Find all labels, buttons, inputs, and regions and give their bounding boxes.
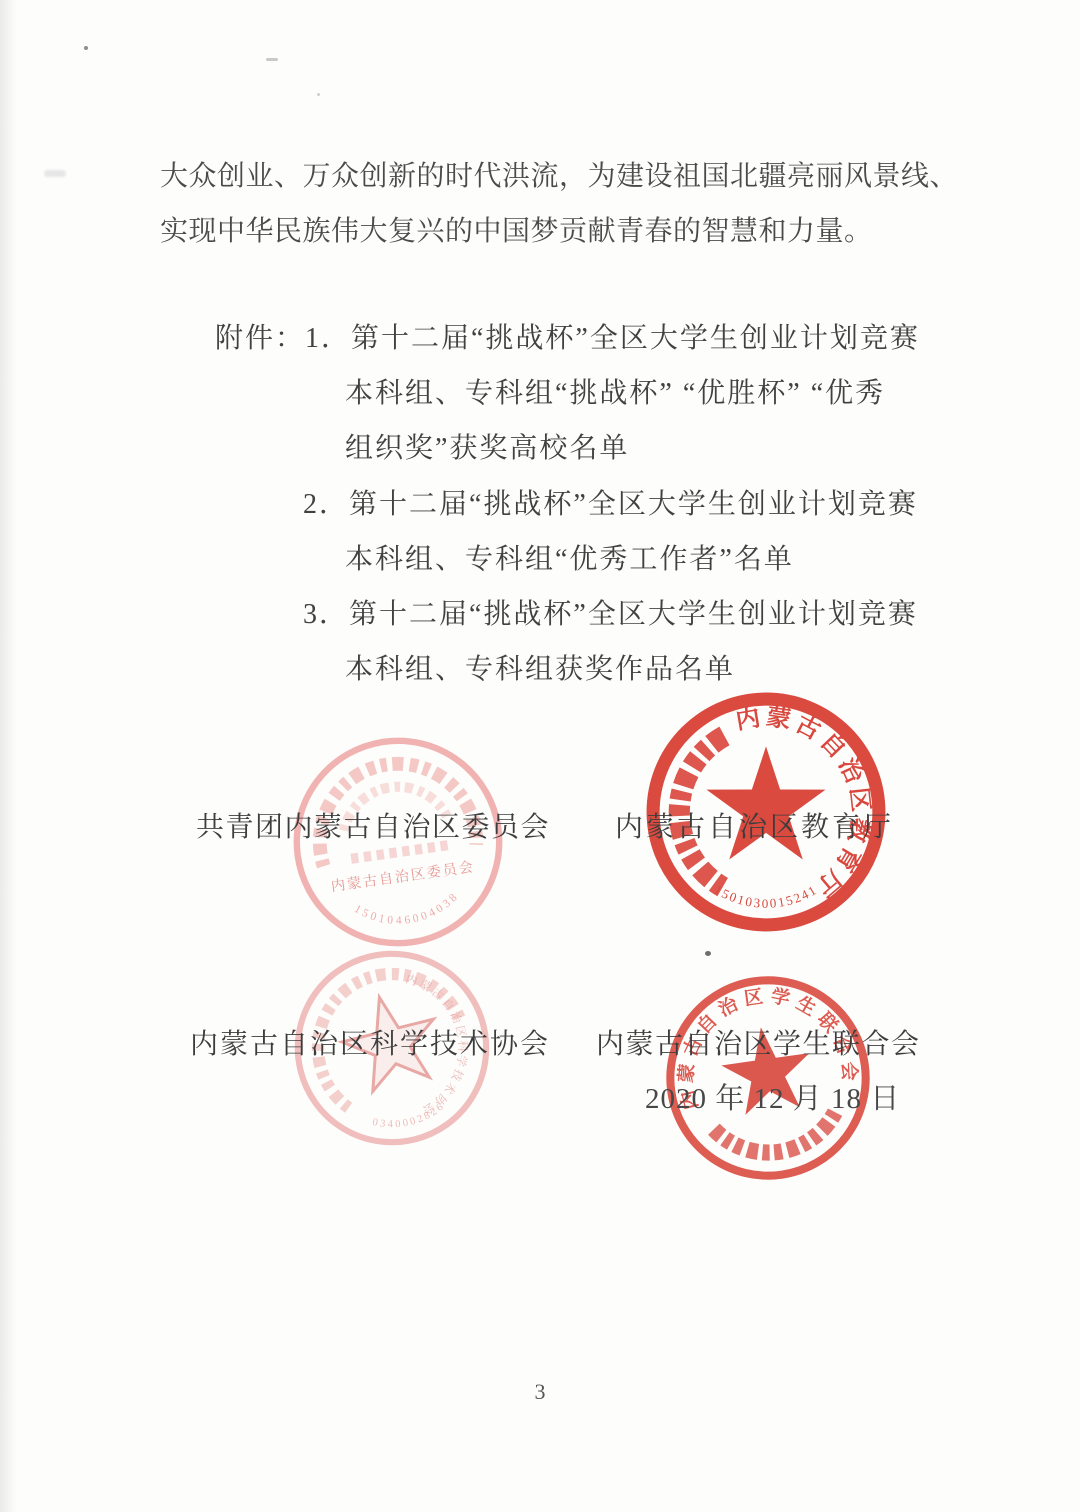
mongolian-script-row-icon — [351, 845, 448, 859]
signature-org-student-federation: 内蒙古自治区学生联合会 — [596, 1028, 921, 1062]
attachment-line: 2．第十二届“挑战杯”全区大学生创业计划竞赛 — [303, 488, 918, 522]
mongolian-script-arc-icon — [714, 1112, 840, 1160]
seal-graphic: 内蒙古自治区学生联合会 — [642, 952, 895, 1205]
attachment-line: 本科组、专科组“优秀工作者”名单 — [345, 543, 794, 577]
attachment-line: 本科组、专科组获奖作品名单 — [345, 653, 735, 687]
scan-speck — [84, 46, 88, 50]
attachment-line: 组织奖”获奖高校名单 — [345, 432, 629, 466]
scan-smudge — [44, 170, 66, 177]
body-text-line: 实现中华民族伟大复兴的中国梦贡献青春的智慧和力量。 — [160, 215, 873, 249]
seal-number: 1501030015241 — [712, 882, 821, 911]
signature-org-youth-league: 共青团内蒙古自治区委员会 — [196, 811, 550, 845]
signature-date: 2020 年 12 月 18 日 — [645, 1082, 900, 1116]
attachment-line: 3．第十二届“挑战杯”全区大学生创业计划竞赛 — [303, 598, 918, 632]
scan-edge-shadow — [0, 0, 16, 1512]
signature-org-education-dept: 内蒙古自治区教育厅 — [615, 811, 894, 845]
student-federation-seal: 内蒙古自治区学生联合会 — [642, 952, 895, 1205]
scan-speck — [266, 58, 278, 61]
page-number: 3 — [0, 1375, 1080, 1409]
signature-org-science-assoc: 内蒙古自治区科学技术协会 — [190, 1028, 550, 1062]
document-page: 大众创业、万众创新的时代洪流，为建设祖国北疆亮丽风景线、 实现中华民族伟大复兴的… — [0, 0, 1080, 1512]
scan-speck — [317, 93, 320, 96]
scan-speck — [705, 951, 711, 956]
attachment-line: 附件：1．第十二届“挑战杯”全区大学生创业计划竞赛 — [215, 322, 920, 356]
body-text-line: 大众创业、万众创新的时代洪流，为建设祖国北疆亮丽风景线、 — [160, 160, 958, 194]
attachment-line: 本科组、专科组“挑战杯” “优胜杯” “优秀 — [345, 377, 885, 411]
